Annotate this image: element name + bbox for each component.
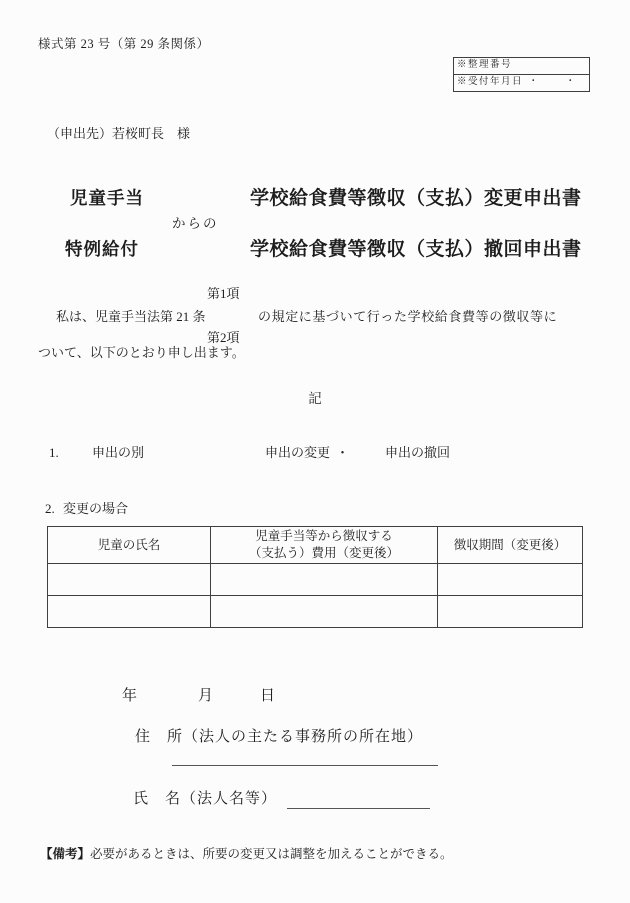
stamp-row-receipt-date: ※受付年月日 ・ ・ xyxy=(454,74,589,91)
addressee: （申出先）若桜町長 様 xyxy=(47,126,190,142)
title-left-bottom: 特例給付 xyxy=(65,239,139,261)
cell-period-1 xyxy=(438,564,583,596)
clause-option-top: 第1項 xyxy=(207,286,240,302)
th-period: 徴収期間（変更後） xyxy=(438,527,583,564)
stamp-receipt-date-label: ※受付年月日 xyxy=(457,77,523,89)
table-row-1 xyxy=(48,564,583,596)
stamp-reference-number-label: ※整理番号 xyxy=(457,60,512,72)
cell-child-name-1 xyxy=(48,564,211,596)
note: 【備考】必要があるときは、所要の変更又は調整を加えることができる。 xyxy=(40,847,453,863)
title-main-change: 学校給食費等徴収（支払）変更申出書 xyxy=(250,187,582,211)
clause-option-bottom: 第2項 xyxy=(207,330,240,346)
title-connector: からの xyxy=(172,216,219,233)
date-month-label: 月 xyxy=(198,687,214,706)
note-title: 【備考】 xyxy=(40,847,90,861)
change-table: 児童の氏名 児童手当等から徴収する （支払う）費用（変更後） 徴収期間（変更後） xyxy=(47,526,583,628)
preamble-line1-post: の規定に基づいて行った学校給食費等の徴収等に xyxy=(258,309,557,325)
item2-label: 変更の場合 xyxy=(63,501,128,517)
stamp-box: ※整理番号 ※受付年月日 ・ ・ xyxy=(453,57,590,92)
preamble-line2: ついて、以下のとおり申し出ます。 xyxy=(38,345,245,361)
date-year-label: 年 xyxy=(122,687,138,706)
item1-option-withdrawal: 申出の撤回 xyxy=(385,445,450,461)
cell-child-name-2 xyxy=(48,596,211,628)
th-fee: 児童手当等から徴収する （支払う）費用（変更後） xyxy=(211,527,438,564)
address-label: 住 所（法人の主たる事務所の所在地） xyxy=(135,728,423,747)
ki-heading: 記 xyxy=(0,391,630,408)
cell-period-2 xyxy=(438,596,583,628)
preamble-line1-pre: 私は、児童手当法第 21 条 xyxy=(43,309,206,325)
th-period-label: 徴収期間（変更後） xyxy=(454,538,567,552)
cell-fee-2 xyxy=(211,596,438,628)
stamp-receipt-date-dots: ・ ・ xyxy=(528,77,584,89)
th-child-name-label: 児童の氏名 xyxy=(98,538,161,552)
item1-separator-dot: ・ xyxy=(336,445,349,461)
address-fill-line xyxy=(172,765,438,766)
name-label: 氏 名（法人名等） xyxy=(133,790,277,809)
table-row-2 xyxy=(48,596,583,628)
note-body: 必要があるときは、所要の変更又は調整を加えることができる。 xyxy=(90,847,453,861)
name-fill-line xyxy=(287,808,430,809)
item1-number: 1. xyxy=(49,445,59,461)
th-fee-line1: 児童手当等から徴収する xyxy=(211,528,437,545)
title-left-top: 児童手当 xyxy=(70,188,144,210)
cell-fee-1 xyxy=(211,564,438,596)
document-page: 様式第 23 号（第 29 条関係） ※整理番号 ※受付年月日 ・ ・ （申出先… xyxy=(0,0,630,903)
date-day-label: 日 xyxy=(260,687,276,706)
item1-option-change: 申出の変更 xyxy=(265,445,330,461)
item1-label: 申出の別 xyxy=(92,445,144,461)
th-child-name: 児童の氏名 xyxy=(48,527,211,564)
title-main-withdrawal: 学校給食費等徴収（支払）撤回申出書 xyxy=(250,238,582,262)
table-header-row: 児童の氏名 児童手当等から徴収する （支払う）費用（変更後） 徴収期間（変更後） xyxy=(48,527,583,564)
stamp-row-reference-number: ※整理番号 xyxy=(454,58,589,74)
th-fee-line2: （支払う）費用（変更後） xyxy=(211,545,437,562)
item2-number: 2. xyxy=(45,501,55,517)
form-number: 様式第 23 号（第 29 条関係） xyxy=(38,37,210,53)
